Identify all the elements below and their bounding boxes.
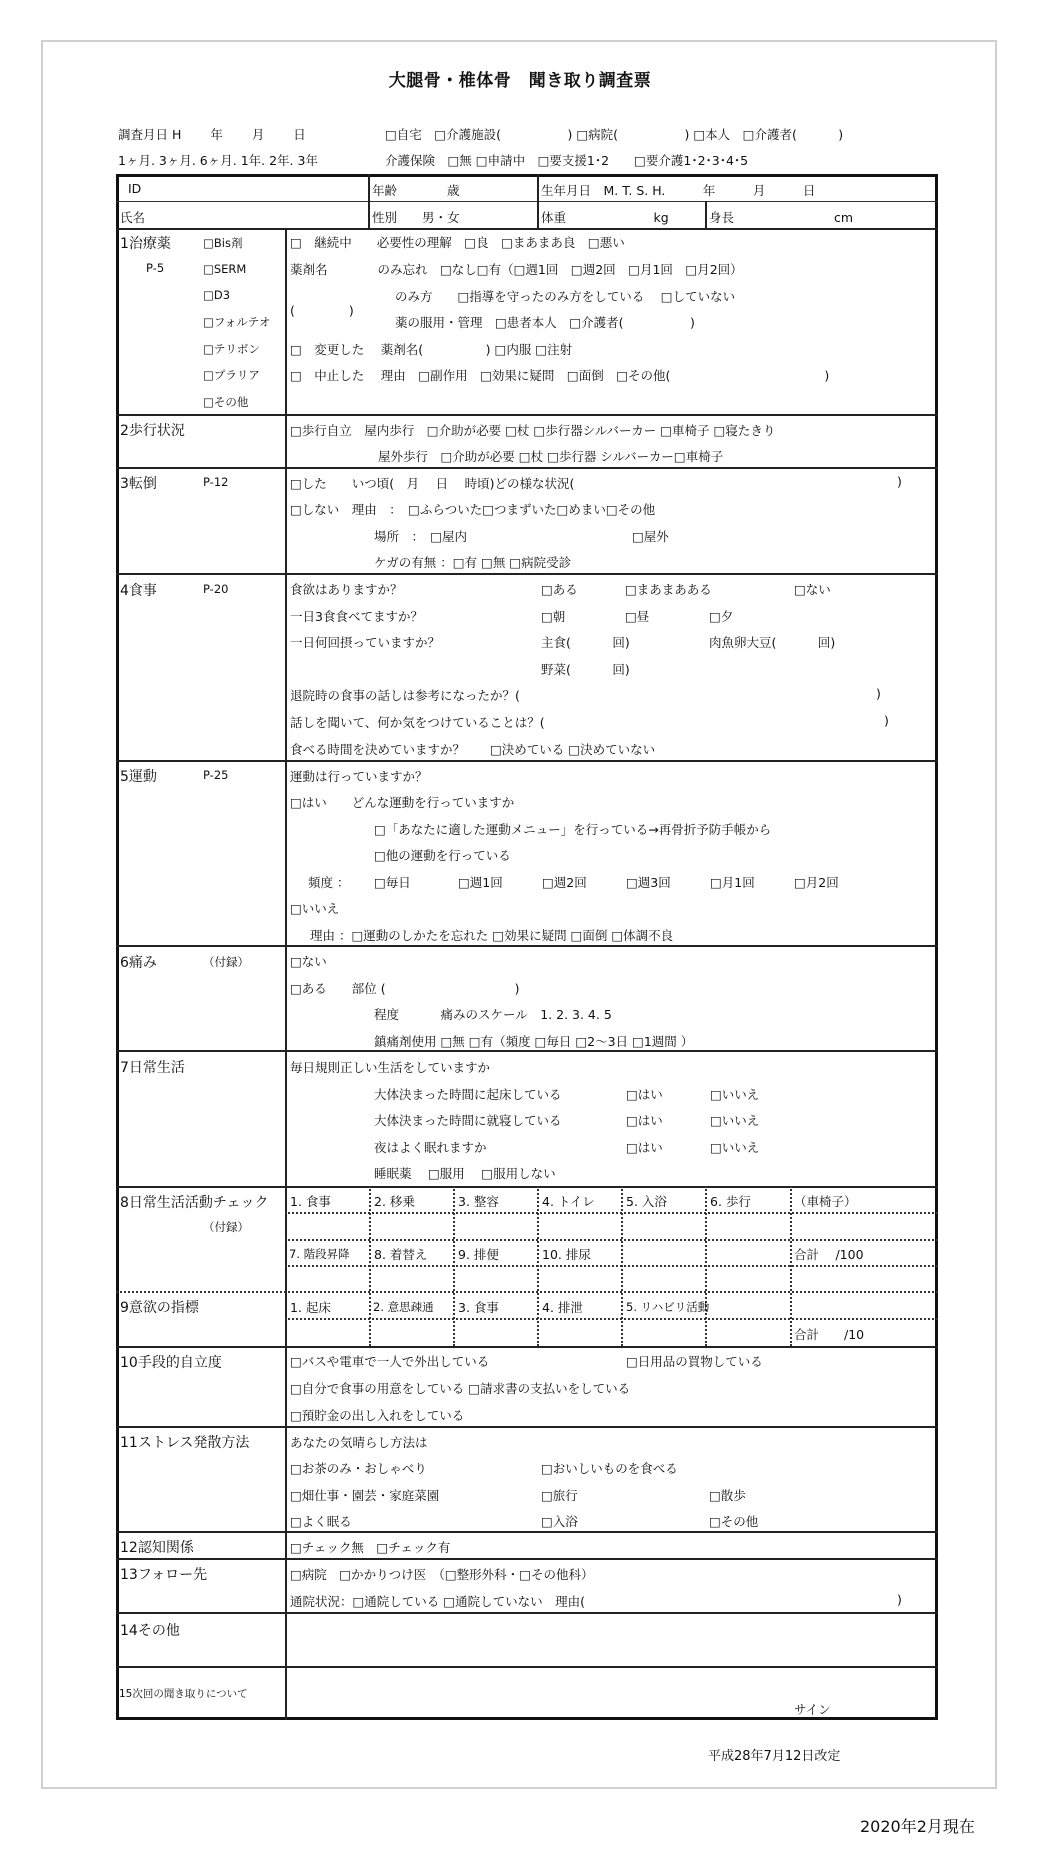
adl-transfer: 2. 移乗 — [374, 1192, 415, 1210]
wake-no[interactable]: □いいえ — [710, 1085, 759, 1103]
section-10-label: 10手段的自立度 — [120, 1352, 222, 1372]
divider — [368, 174, 370, 228]
section-8-note: （付録） — [203, 1219, 249, 1235]
sleep-item: 夜はよく眠れますか — [374, 1138, 487, 1156]
analgesic-line: 鎮痛剤使用 □無 □有（頻度 □毎日 □2～3日 □1週間 ） — [374, 1032, 693, 1050]
exercise-question: 運動は行っていますか？ — [290, 767, 428, 785]
dosing-line: のみ方 □指導を守ったのみ方をしている □していない — [395, 287, 735, 305]
fall-outdoor[interactable]: □屋外 — [632, 527, 669, 545]
grid-line — [537, 1186, 539, 1346]
divider — [116, 201, 938, 202]
vitality-rehab: 5. リハビリ活動 — [626, 1299, 709, 1315]
section-divider — [116, 945, 938, 947]
diet-care-question: 話しを聞いて、何か気をつけていることは？( — [290, 713, 545, 731]
iadl-transport[interactable]: □バスや電車で一人で外出している — [290, 1352, 489, 1370]
three-meals-question: 一日3食食べてますか？ — [290, 607, 423, 625]
adl-total: 合計 /100 — [794, 1245, 864, 1263]
exercise-reason-line: 理由 ：□運動のしかたを忘れた □効果に疑問 □面倒 □体調不良 — [310, 926, 673, 944]
exercise-other-option[interactable]: □他の運動を行っている — [374, 846, 511, 864]
age-field: 年齢 歳 — [372, 181, 460, 199]
section-3-page: P-12 — [203, 475, 228, 489]
next-interview-field[interactable] — [289, 1668, 934, 1718]
bed-no[interactable]: □いいえ — [710, 1111, 759, 1129]
grid-line — [369, 1186, 371, 1346]
section-13-label: 13フォロー先 — [120, 1564, 207, 1584]
drug-bis[interactable]: □Bis剤 — [203, 235, 242, 251]
section-11-label: 11ストレス発散方法 — [120, 1432, 249, 1452]
iadl-banking[interactable]: □預貯金の出し入れをしている — [290, 1406, 464, 1424]
height-field: 身長 cm — [709, 208, 853, 226]
freq-weekly-3[interactable]: □週3回 — [626, 873, 671, 891]
grid-line — [285, 1212, 938, 1214]
bed-yes[interactable]: □はい — [626, 1111, 663, 1129]
frequency-label: 頻度 ： — [308, 873, 349, 891]
adl-stairs: 7. 階段昇降 — [289, 1246, 350, 1262]
drug-other[interactable]: □その他 — [203, 394, 248, 410]
grid-line — [285, 1239, 938, 1241]
section-8-label: 8日常生活活動チェック — [120, 1192, 269, 1212]
fall-place-line: 場所 ： □屋内 — [374, 527, 467, 545]
discharge-diet-question: 退院時の食事の話しは参考になったか？( — [290, 686, 520, 704]
id-label: ID — [128, 181, 141, 196]
vitality-communication: 2. 意思疎通 — [373, 1299, 434, 1315]
drug-serm[interactable]: □SERM — [203, 262, 246, 276]
grid-line — [453, 1186, 455, 1346]
freq-monthly-2[interactable]: □月2回 — [794, 873, 839, 891]
stress-question: あなたの気晴らし方法は — [290, 1433, 428, 1451]
appetite-no[interactable]: □ない — [794, 580, 831, 598]
adl-bladder: 10. 排尿 — [542, 1245, 591, 1263]
injury-line: ケガの有無 ：□有 □無 □病院受診 — [374, 553, 571, 571]
adl-bathing: 5. 入浴 — [626, 1192, 667, 1210]
pain-site-line: □ある 部位 ( ) — [290, 979, 520, 997]
follow-up-options: □病院 □かかりつけ医 （□整形外科・□その他科） — [290, 1565, 594, 1583]
missed-doses-line: 薬剤名 のみ忘れ □なし□有（□週1回 □週2回 □月1回 □月2回） — [290, 260, 743, 278]
section-7-label: 7日常生活 — [120, 1057, 185, 1077]
meal-time-question: 食べる時間を決めていますか？ □決めている □決めていない — [290, 740, 655, 758]
wake-time-item: 大体決まった時間に起床している — [374, 1085, 562, 1103]
pain-scale-line: 程度 痛みのスケール 1. 2. 3. 4. 5 — [374, 1005, 612, 1023]
grid-line — [621, 1186, 623, 1346]
location-options: □自宅 □介護施設( ) □病院( ) □本人 □介護者( ) — [385, 125, 843, 143]
intake-vegetables: 野菜( 回) — [541, 660, 630, 678]
signature-label: サイン — [794, 1700, 831, 1718]
section-5-page: P-25 — [203, 768, 228, 782]
section-divider — [116, 1346, 938, 1348]
grid-line — [285, 1265, 938, 1267]
fall-yes-line: □した いつ頃( 月 日 時頃)どの様な状況( — [290, 474, 574, 492]
section-4-label: 4食事 — [120, 580, 157, 600]
grid-line — [705, 1186, 707, 1346]
adl-bowel: 9. 排便 — [458, 1245, 499, 1263]
cognition-options: □チェック無 □チェック有 — [290, 1538, 450, 1556]
sleep-no[interactable]: □いいえ — [710, 1138, 759, 1156]
stress-gardening[interactable]: □畑仕事・園芸・家庭菜園 — [290, 1486, 439, 1504]
walking-indoor: □歩行自立 屋内歩行 □介助が必要 □杖 □歩行器シルバーカー □車椅子 □寝た… — [290, 421, 775, 439]
wake-yes[interactable]: □はい — [626, 1085, 663, 1103]
birthdate-field: 生年月日 M. T. S. H. 年 月 日 — [541, 181, 815, 199]
freq-weekly-1[interactable]: □週1回 — [458, 873, 503, 891]
daily-life-question: 毎日規則正しい生活をしていますか — [290, 1058, 490, 1076]
meal-dinner[interactable]: □夕 — [709, 607, 733, 625]
grid-line — [790, 1186, 792, 1346]
changed-line: □ 変更した 薬剤名( ) □内服 □注射 — [290, 340, 572, 358]
adl-dressing: 8. 着替え — [374, 1245, 427, 1263]
freq-monthly-1[interactable]: □月1回 — [710, 873, 755, 891]
section-divider — [116, 1050, 938, 1052]
meal-lunch[interactable]: □昼 — [625, 607, 649, 625]
freq-daily[interactable]: □毎日 — [374, 873, 411, 891]
section-14-label: 14その他 — [120, 1620, 180, 1640]
appetite-question: 食欲はありますか？ — [290, 580, 403, 598]
section-5-label: 5運動 — [120, 766, 157, 786]
vitality-eating: 3. 食事 — [458, 1298, 499, 1316]
revision-date: 平成28年7月12日改定 — [708, 1745, 840, 1764]
section-divider — [116, 1531, 938, 1533]
appetite-yes[interactable]: □ある — [541, 580, 578, 598]
continuing-line: □ 継続中 必要性の理解 □良 □まあまあ良 □悪い — [290, 233, 625, 251]
section-12-label: 12認知関係 — [120, 1537, 194, 1557]
adl-eating: 1. 食事 — [290, 1192, 331, 1210]
divider — [705, 201, 707, 228]
as-of-date: 2020年2月現在 — [860, 1814, 975, 1837]
visit-status-line: 通院状況：□通院している □通院していない 理由( — [290, 1592, 585, 1610]
divider — [537, 174, 539, 228]
section-divider — [116, 467, 938, 469]
bed-time-item: 大体決まった時間に就寝している — [374, 1111, 562, 1129]
intake-question: 一日何回摂っていますか？ — [290, 633, 440, 651]
vitality-total: 合計 /10 — [794, 1325, 864, 1343]
stress-bath[interactable]: □入浴 — [541, 1512, 578, 1530]
name-label: 氏名 — [120, 208, 145, 226]
section-divider — [116, 1291, 938, 1293]
stress-sleep[interactable]: □よく眠る — [290, 1512, 352, 1530]
stress-good-food[interactable]: □おいしいものを食べる — [541, 1459, 678, 1477]
stress-travel[interactable]: □旅行 — [541, 1486, 578, 1504]
section-divider — [116, 573, 938, 575]
close-paren: ) — [897, 1592, 902, 1607]
divider — [285, 228, 287, 1720]
stress-tea-chat[interactable]: □お茶のみ・おしゃべり — [290, 1459, 427, 1477]
section-1-page: P-5 — [146, 261, 164, 275]
adl-grooming: 3. 整容 — [458, 1192, 499, 1210]
follow-up-periods: 1ヶ月. 3ヶ月. 6ヶ月. 1年. 2年. 3年 — [118, 151, 318, 169]
section-9-label: 9意欲の指標 — [120, 1297, 199, 1317]
survey-date: 調査月日 H 年 月 日 — [118, 125, 306, 143]
divider — [116, 228, 938, 230]
iadl-meals-bills: □自分で食事の用意をしている □請求書の支払いをしている — [290, 1379, 630, 1397]
pain-none[interactable]: □ない — [290, 952, 327, 970]
other-notes-field[interactable] — [289, 1614, 934, 1664]
close-paren: ) — [897, 474, 902, 489]
fall-no-line: □しない 理由 ： □ふらついた□つまずいた□めまい□その他 — [290, 500, 655, 518]
meal-breakfast[interactable]: □朝 — [541, 607, 565, 625]
section-6-note: （付録） — [203, 954, 249, 970]
grid-line — [285, 1318, 938, 1320]
stress-other[interactable]: □その他 — [709, 1512, 758, 1530]
freq-weekly-2[interactable]: □週2回 — [542, 873, 587, 891]
section-divider — [116, 1426, 938, 1428]
sex-field: 性別 男・女 — [372, 208, 460, 226]
iadl-shopping[interactable]: □日用品の買物している — [626, 1352, 763, 1370]
section-divider — [116, 414, 938, 416]
adl-toilet: 4. トイレ — [542, 1192, 595, 1210]
adl-wheelchair: （車椅子） — [794, 1192, 857, 1210]
section-divider — [116, 1186, 938, 1188]
section-15-label: 15次回の聞き取りについて — [119, 1686, 248, 1701]
close-paren: ) — [884, 713, 889, 728]
page-title: 大腿骨・椎体骨 聞き取り調査票 — [0, 66, 1040, 91]
drug-d3[interactable]: □D3 — [203, 288, 230, 302]
drug-forteo[interactable]: □フォルテオ — [203, 314, 271, 330]
close-paren: ) — [876, 686, 881, 701]
exercise-no[interactable]: □いいえ — [290, 899, 339, 917]
section-1-label: 1治療薬 — [120, 233, 171, 253]
vitality-excretion: 4. 排泄 — [542, 1298, 583, 1316]
exercise-yes-line: □はい どんな運動を行っていますか — [290, 793, 514, 811]
adl-walking: 6. 歩行 — [710, 1192, 751, 1210]
drug-pralia[interactable]: □プラリア — [203, 367, 260, 383]
stress-walk[interactable]: □散歩 — [709, 1486, 746, 1504]
management-line: 薬の服用・管理 □患者本人 □介護者( ) — [395, 313, 695, 331]
walking-outdoor: 屋外歩行 □介助が必要 □杖 □歩行器 シルバーカー□車椅子 — [378, 447, 723, 465]
intake-protein: 肉魚卵大豆( 回) — [709, 633, 835, 651]
sleeping-pill-line: 睡眠薬 □服用 □服用しない — [374, 1164, 556, 1182]
section-divider — [116, 760, 938, 762]
sleep-yes[interactable]: □はい — [626, 1138, 663, 1156]
section-6-label: 6痛み — [120, 952, 157, 972]
vitality-waking: 1. 起床 — [290, 1298, 331, 1316]
drug-teribone[interactable]: □テリボン — [203, 341, 260, 357]
drug-name-field[interactable]: ( ) — [290, 301, 354, 319]
exercise-menu-option[interactable]: □「あなたに適した運動メニュー」を行っている→再骨折予防手帳から — [374, 820, 771, 838]
care-insurance: 介護保険 □無 □申請中 □要支援1･2 □要介護1･2･3･4･5 — [385, 151, 748, 169]
weight-field: 体重 kg — [541, 208, 669, 226]
section-divider — [116, 1558, 938, 1560]
section-2-label: 2歩行状況 — [120, 420, 185, 440]
appetite-somewhat[interactable]: □まあまあある — [625, 580, 712, 598]
intake-staple: 主食( 回) — [541, 633, 630, 651]
section-3-label: 3転倒 — [120, 473, 157, 493]
section-4-page: P-20 — [203, 582, 228, 596]
stopped-line: □ 中止した 理由 □副作用 □効果に疑問 □面倒 □その他( ) — [290, 366, 829, 384]
